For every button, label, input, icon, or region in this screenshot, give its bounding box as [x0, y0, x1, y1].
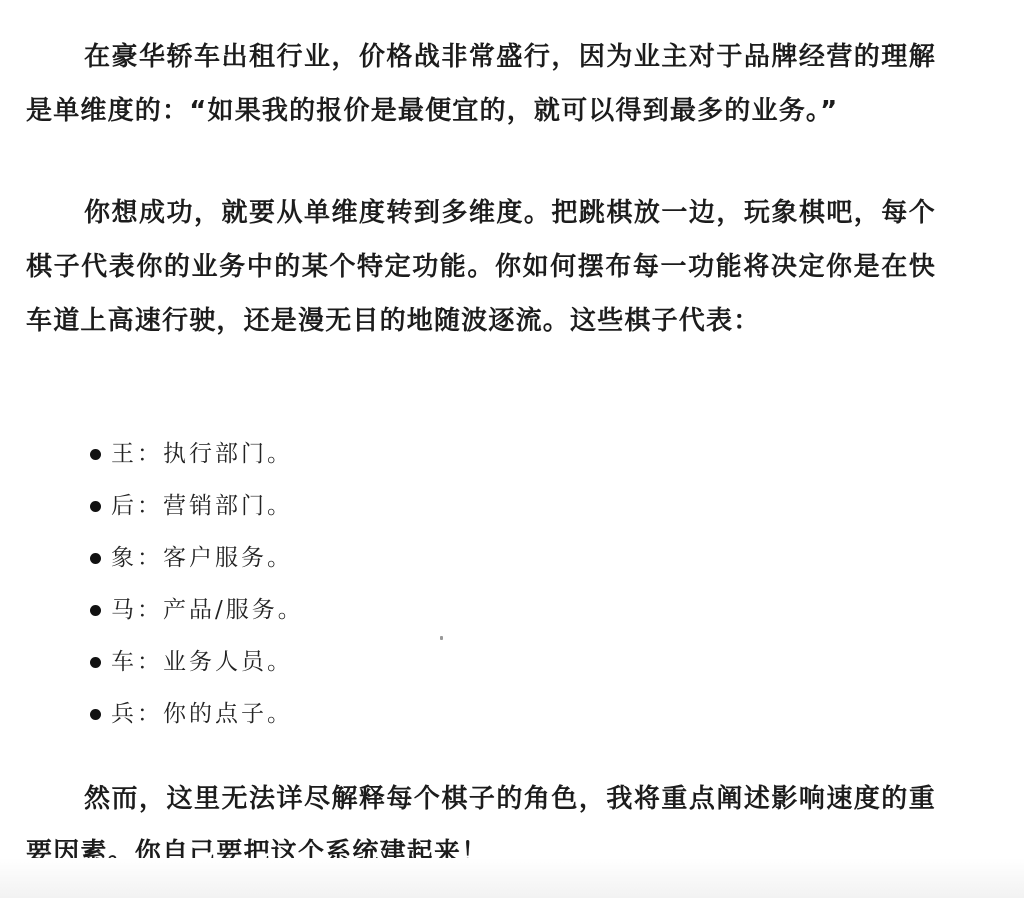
- bullet-icon: [90, 605, 101, 616]
- list-item-text: 后：营销部门。: [111, 480, 293, 532]
- scan-speck: [440, 636, 443, 640]
- bullet-icon: [90, 449, 101, 460]
- paragraph-multi-dimension: 你想成功，就要从单维度转到多维度。把跳棋放一边，玩象棋吧，每个棋子代表你的业务中…: [26, 186, 936, 348]
- list-item: 象：客户服务。: [90, 532, 304, 584]
- chess-pieces-list: 王：执行部门。 后：营销部门。 象：客户服务。 马：产品/服务。 车：业务人员。…: [90, 428, 304, 740]
- list-item-text: 王：执行部门。: [111, 428, 293, 480]
- bullet-icon: [90, 553, 101, 564]
- document-page: 在豪华轿车出租行业，价格战非常盛行，因为业主对于品牌经营的理解是单维度的：“如果…: [0, 0, 1024, 898]
- list-item: 王：执行部门。: [90, 428, 304, 480]
- list-item-text: 兵：你的点子。: [111, 688, 293, 740]
- list-item-text: 车：业务人员。: [111, 636, 293, 688]
- paragraph-price-war: 在豪华轿车出租行业，价格战非常盛行，因为业主对于品牌经营的理解是单维度的：“如果…: [26, 30, 936, 138]
- list-item: 兵：你的点子。: [90, 688, 304, 740]
- list-item-text: 象：客户服务。: [111, 532, 293, 584]
- page-bottom-shadow: [0, 858, 1024, 898]
- list-item: 后：营销部门。: [90, 480, 304, 532]
- list-item: 马：产品/服务。: [90, 584, 304, 636]
- bullet-icon: [90, 709, 101, 720]
- list-item: 车：业务人员。: [90, 636, 304, 688]
- bullet-icon: [90, 657, 101, 668]
- bullet-icon: [90, 501, 101, 512]
- list-item-text: 马：产品/服务。: [111, 584, 304, 636]
